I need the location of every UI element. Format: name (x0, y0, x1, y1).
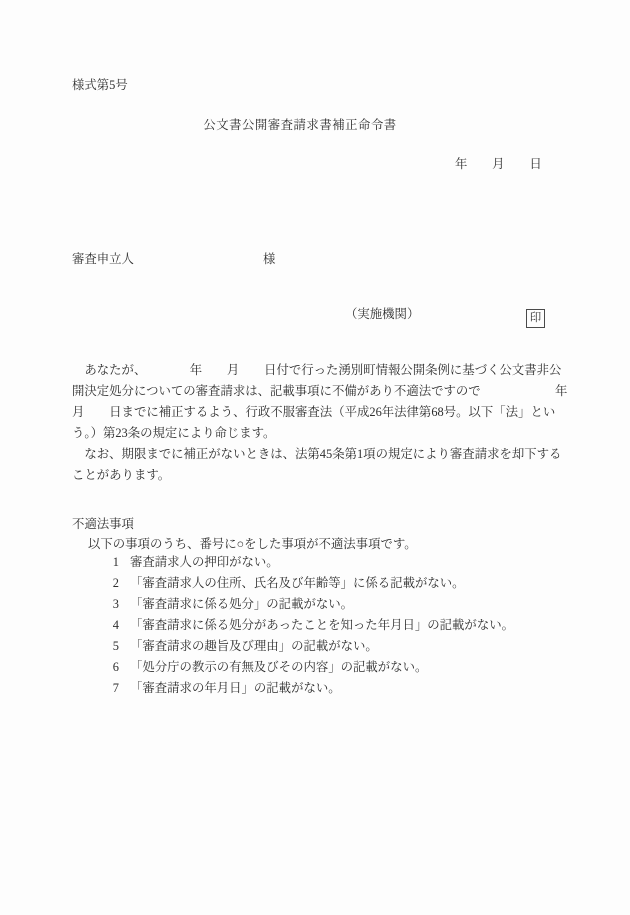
defect-item-text: 「審査請求の年月日」の記載がない。 (130, 678, 341, 699)
defect-item-text: 「審査請求に係る処分」の記載がない。 (130, 594, 353, 615)
body-paragraphs: あなたが、 年 月 日付で行った湧別町情報公開条例に基づく公文書非公 開決定処分… (72, 360, 572, 486)
defect-item: 7 「審査請求の年月日」の記載がない。 (72, 678, 582, 699)
issuer-label: （実施機関） (345, 304, 419, 325)
body-line: 月 日までに補正するよう、行政不服審査法（平成26年法律第68号。以下「法」とい (72, 402, 572, 423)
defect-item-text: 「審査請求に係る処分があったことを知った年月日」の記載がない。 (130, 615, 514, 636)
body-line: ことがあります。 (72, 465, 572, 486)
addressee-label: 審査申立人 (72, 249, 134, 270)
document-page: 様式第5号 公文書公開審査請求書補正命令書 年 月 日 審査申立人 様 （実施機… (0, 0, 630, 915)
defect-item: 4 「審査請求に係る処分があったことを知った年月日」の記載がない。 (72, 615, 582, 636)
addressee-honorific: 様 (263, 249, 275, 270)
date-line: 年 月 日 (455, 154, 542, 175)
defect-item: 2 「審査請求人の住所、氏名及び年齢等」に係る記載がない。 (72, 573, 582, 594)
defect-item-number: 3 (72, 594, 119, 615)
document-title: 公文書公開審査請求書補正命令書 (0, 115, 600, 136)
body-line: う。）第23条の規定により命じます。 (72, 423, 572, 444)
defect-item-number: 6 (72, 657, 119, 678)
defect-item-text: 審査請求人の押印がない。 (130, 552, 279, 573)
defect-item: 6 「処分庁の教示の有無及びその内容」の記載がない。 (72, 657, 582, 678)
defect-item-number: 7 (72, 678, 119, 699)
defect-item-text: 「審査請求の趣旨及び理由」の記載がない。 (130, 636, 378, 657)
defect-item-text: 「審査請求人の住所、氏名及び年齢等」に係る記載がない。 (130, 573, 465, 594)
defect-list: 1 審査請求人の押印がない。 2 「審査請求人の住所、氏名及び年齢等」に係る記載… (72, 552, 582, 699)
defect-item: 3 「審査請求に係る処分」の記載がない。 (72, 594, 582, 615)
defect-item: 1 審査請求人の押印がない。 (72, 552, 582, 573)
defect-item-number: 2 (72, 573, 119, 594)
defect-item-text: 「処分庁の教示の有無及びその内容」の記載がない。 (130, 657, 427, 678)
body-line: なお、期限までに補正がないときは、法第45条第1項の規定により審査請求を却下する (72, 444, 572, 465)
defect-item-number: 1 (72, 552, 119, 573)
body-line: あなたが、 年 月 日付で行った湧別町情報公開条例に基づく公文書非公 (72, 360, 572, 381)
seal-label: 印 (530, 313, 542, 325)
form-number: 様式第5号 (72, 75, 128, 96)
seal-box: 印 (526, 309, 545, 328)
defect-item-number: 5 (72, 636, 119, 657)
body-line: 開決定処分についての審査請求は、記載事項に不備があり不適法ですので 年 (72, 381, 572, 402)
defect-item: 5 「審査請求の趣旨及び理由」の記載がない。 (72, 636, 582, 657)
defects-heading: 不適法事項 (72, 514, 134, 535)
defect-item-number: 4 (72, 615, 119, 636)
